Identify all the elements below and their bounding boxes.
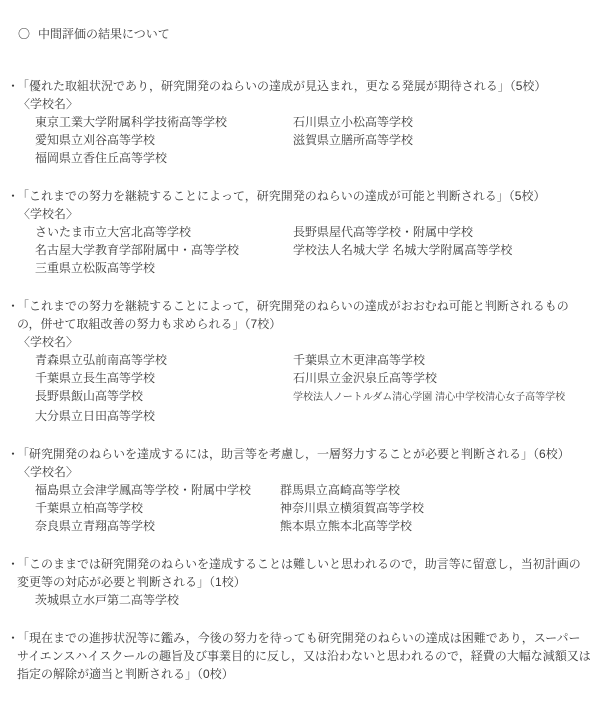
section-count: （7校） xyxy=(245,317,282,331)
school-row: 愛知県立刈谷高等学校 滋賀県立膳所高等学校 xyxy=(35,131,592,149)
section-quote: 「これまでの努力を継続することによって，研究開発のねらいの達成がおおむね可能と判… xyxy=(17,299,569,331)
evaluation-section-3: ・「これまでの努力を継続することによって，研究開発のねらいの達成がおおむね可能と… xyxy=(0,297,592,425)
section-heading: ・「現在までの進捗状況等に鑑み，今後の努力を待っても研究開発のねらいの達成は困難… xyxy=(0,629,592,683)
school-name: 千葉県立木更津高等学校 xyxy=(293,351,592,369)
evaluation-section-1: ・「優れた取組状況であり，研究開発のねらいの達成が見込まれ，更なる発展が期待され… xyxy=(0,77,592,167)
document-page: 〇中間評価の結果について ・「優れた取組状況であり，研究開発のねらいの達成が見込… xyxy=(0,0,600,713)
school-row: 青森県立弘前南高等学校 千葉県立木更津高等学校 xyxy=(35,351,592,369)
bullet-marker: ・ xyxy=(7,187,19,205)
school-list: 茨城県立水戸第二高等学校 xyxy=(35,591,592,609)
section-heading: ・「これまでの努力を継続することによって，研究開発のねらいの達成が可能と判断され… xyxy=(0,187,592,205)
school-row: 千葉県立長生高等学校 石川県立金沢泉丘高等学校 xyxy=(35,369,592,387)
school-names-label: 〈学校名〉 xyxy=(18,333,592,351)
school-name: 東京工業大学附属科学技術高等学校 xyxy=(35,113,293,131)
bullet-marker: ・ xyxy=(7,297,19,315)
school-name: 大分県立日田高等学校 xyxy=(35,407,293,425)
school-name: 長野県飯山高等学校 xyxy=(35,387,293,405)
bullet-marker: ・ xyxy=(7,445,19,463)
circle-marker: 〇 xyxy=(18,27,30,41)
school-name: 熊本県立熊本北高等学校 xyxy=(280,517,592,535)
section-heading: ・「研究開発のねらいを達成するには，助言等を考慮し，一層努力することが必要と判断… xyxy=(0,445,592,463)
school-row: さいたま市立大宮北高等学校 長野県屋代高等学校・附属中学校 xyxy=(35,223,592,241)
school-name: 長野県屋代高等学校・附属中学校 xyxy=(293,223,592,241)
school-list: 青森県立弘前南高等学校 千葉県立木更津高等学校 千葉県立長生高等学校 石川県立金… xyxy=(35,351,592,425)
section-count: （0校） xyxy=(197,667,234,681)
section-heading: ・「このままでは研究開発のねらいを達成することは難しいと思われるので，助言等に留… xyxy=(0,555,592,591)
school-name: 滋賀県立膳所高等学校 xyxy=(293,131,592,149)
school-name: 学校法人ノートルダム清心学園 清心中学校清心女子高等学校 xyxy=(293,389,592,407)
school-list: 福島県立会津学鳳高等学校・附属中学校 群馬県立高崎高等学校 千葉県立柏高等学校 … xyxy=(35,481,592,535)
section-quote: 「このままでは研究開発のねらいを達成することは難しいと思われるので，助言等に留意… xyxy=(17,557,581,589)
school-name: 名古屋大学教育学部附属中・高等学校 xyxy=(35,241,293,259)
school-name: 神奈川県立横須賀高等学校 xyxy=(280,499,592,517)
school-names-label: 〈学校名〉 xyxy=(18,95,592,113)
school-row: 三重県立松阪高等学校 xyxy=(35,259,592,277)
section-quote: 「これまでの努力を継続することによって，研究開発のねらいの達成が可能と判断される… xyxy=(17,189,509,203)
school-row: 東京工業大学附属科学技術高等学校 石川県立小松高等学校 xyxy=(35,113,592,131)
school-list: 東京工業大学附属科学技術高等学校 石川県立小松高等学校 愛知県立刈谷高等学校 滋… xyxy=(35,113,592,167)
school-row: 大分県立日田高等学校 xyxy=(35,407,592,425)
school-row: 福岡県立香住丘高等学校 xyxy=(35,149,592,167)
section-heading: ・「優れた取組状況であり，研究開発のねらいの達成が見込まれ，更なる発展が期待され… xyxy=(0,77,592,95)
school-row: 長野県飯山高等学校 学校法人ノートルダム清心学園 清心中学校清心女子高等学校 xyxy=(35,387,592,407)
bullet-marker: ・ xyxy=(7,555,19,573)
school-names-label: 〈学校名〉 xyxy=(18,205,592,223)
section-heading: ・「これまでの努力を継続することによって，研究開発のねらいの達成がおおむね可能と… xyxy=(0,297,592,333)
page-title-text: 中間評価の結果について xyxy=(38,27,170,41)
section-count: （5校） xyxy=(510,79,547,93)
school-name: 愛知県立刈谷高等学校 xyxy=(35,131,293,149)
section-count: （5校） xyxy=(509,189,546,203)
school-row: 茨城県立水戸第二高等学校 xyxy=(35,591,592,609)
school-row: 名古屋大学教育学部附属中・高等学校 学校法人名城大学 名城大学附属高等学校 xyxy=(35,241,592,259)
section-count: （6校） xyxy=(533,447,570,461)
bullet-marker: ・ xyxy=(7,629,19,647)
school-name: 石川県立金沢泉丘高等学校 xyxy=(293,369,592,387)
school-name: 千葉県立長生高等学校 xyxy=(35,369,293,387)
section-quote: 「研究開発のねらいを達成するには，助言等を考慮し，一層努力することが必要と判断さ… xyxy=(17,447,533,461)
page-title: 〇中間評価の結果について xyxy=(18,25,592,43)
school-name: さいたま市立大宮北高等学校 xyxy=(35,223,293,241)
school-name: 石川県立小松高等学校 xyxy=(293,113,592,131)
evaluation-section-5: ・「このままでは研究開発のねらいを達成することは難しいと思われるので，助言等に留… xyxy=(0,555,592,609)
school-name: 福岡県立香住丘高等学校 xyxy=(35,149,293,167)
school-name: 茨城県立水戸第二高等学校 xyxy=(35,591,293,609)
school-row: 奈良県立青翔高等学校 熊本県立熊本北高等学校 xyxy=(35,517,592,535)
school-name: 千葉県立柏高等学校 xyxy=(35,499,280,517)
school-names-label: 〈学校名〉 xyxy=(18,463,592,481)
school-name: 奈良県立青翔高等学校 xyxy=(35,517,280,535)
school-list: さいたま市立大宮北高等学校 長野県屋代高等学校・附属中学校 名古屋大学教育学部附… xyxy=(35,223,592,277)
school-name: 群馬県立高崎高等学校 xyxy=(280,481,592,499)
school-row: 千葉県立柏高等学校 神奈川県立横須賀高等学校 xyxy=(35,499,592,517)
school-name: 学校法人名城大学 名城大学附属高等学校 xyxy=(293,241,592,259)
evaluation-section-6: ・「現在までの進捗状況等に鑑み，今後の努力を待っても研究開発のねらいの達成は困難… xyxy=(0,629,592,683)
section-quote: 「現在までの進捗状況等に鑑み，今後の努力を待っても研究開発のねらいの達成は困難で… xyxy=(17,631,591,681)
school-row: 福島県立会津学鳳高等学校・附属中学校 群馬県立高崎高等学校 xyxy=(35,481,592,499)
school-name: 三重県立松阪高等学校 xyxy=(35,259,293,277)
school-name: 福島県立会津学鳳高等学校・附属中学校 xyxy=(35,481,280,499)
bullet-marker: ・ xyxy=(7,77,19,95)
evaluation-section-2: ・「これまでの努力を継続することによって，研究開発のねらいの達成が可能と判断され… xyxy=(0,187,592,277)
section-count: （1校） xyxy=(209,575,246,589)
section-quote: 「優れた取組状況であり，研究開発のねらいの達成が見込まれ，更なる発展が期待される… xyxy=(17,79,510,93)
school-name: 青森県立弘前南高等学校 xyxy=(35,351,293,369)
evaluation-section-4: ・「研究開発のねらいを達成するには，助言等を考慮し，一層努力することが必要と判断… xyxy=(0,445,592,535)
